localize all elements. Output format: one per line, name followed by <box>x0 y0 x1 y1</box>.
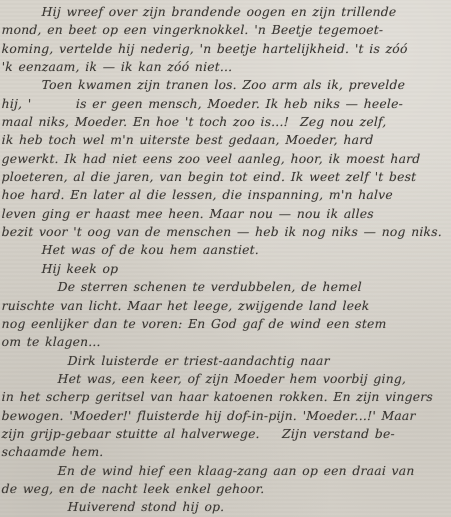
manuscript-line: bewogen. 'Moeder!' fluisterde hij dof-in… <box>1 407 445 425</box>
manuscript-line: mond, en beet op een vingerknokkel. 'n B… <box>1 21 445 39</box>
manuscript-line: om te klagen... <box>1 333 445 351</box>
manuscript-line: koming, vertelde hij nederig, 'n beetje … <box>1 40 445 58</box>
manuscript-line: De sterren schenen te verdubbelen, de he… <box>1 278 445 296</box>
manuscript-line: ruischte van licht. Maar het leege, zwij… <box>1 297 445 315</box>
manuscript-line: bezit voor 't oog van de menschen — heb … <box>1 223 445 241</box>
manuscript-line: ik heb toch wel m'n uiterste best gedaan… <box>1 131 445 149</box>
manuscript-line: zijn grijp-gebaar stuitte al halverwege.… <box>1 425 445 443</box>
manuscript-line: En de wind hief een klaag-zang aan op ee… <box>1 462 445 480</box>
manuscript-line: de weg, en de nacht leek enkel gehoor. <box>1 480 445 498</box>
manuscript-page: Hij wreef over zijn brandende oogen en z… <box>0 0 451 517</box>
manuscript-line: nog eenlijker dan te voren: En God gaf d… <box>1 315 445 333</box>
manuscript-line: in het scherp geritsel van haar katoenen… <box>1 388 445 406</box>
manuscript-line: gewerkt. Ik had niet eens zoo veel aanle… <box>1 150 445 168</box>
manuscript-line: hoe hard. En later al die lessen, die in… <box>1 186 445 204</box>
manuscript-line: 'k eenzaam, ik — ik kan zóó niet... <box>1 58 445 76</box>
manuscript-line: Het was, een keer, of zijn Moeder hem vo… <box>1 370 445 388</box>
manuscript-line: Het was of de kou hem aanstiet. <box>1 241 445 259</box>
manuscript-line: Toen kwamen zijn tranen los. Zoo arm als… <box>1 76 445 94</box>
manuscript-line: Huiverend stond hij op. <box>1 498 445 516</box>
manuscript-line: schaamde hem. <box>1 443 445 461</box>
manuscript-line: hij, ' is er geen mensch, Moeder. Ik heb… <box>1 95 445 113</box>
manuscript-line: Dirk luisterde er triest-aandachtig naar <box>1 352 445 370</box>
manuscript-line: Hij wreef over zijn brandende oogen en z… <box>1 3 445 21</box>
manuscript-line: maal niks, Moeder. En hoe 't toch zoo is… <box>1 113 445 131</box>
manuscript-line: leven ging er haast mee heen. Maar nou —… <box>1 205 445 223</box>
manuscript-line: ploeteren, al die jaren, van begin tot e… <box>1 168 445 186</box>
manuscript-line: Hij keek op <box>1 260 445 278</box>
